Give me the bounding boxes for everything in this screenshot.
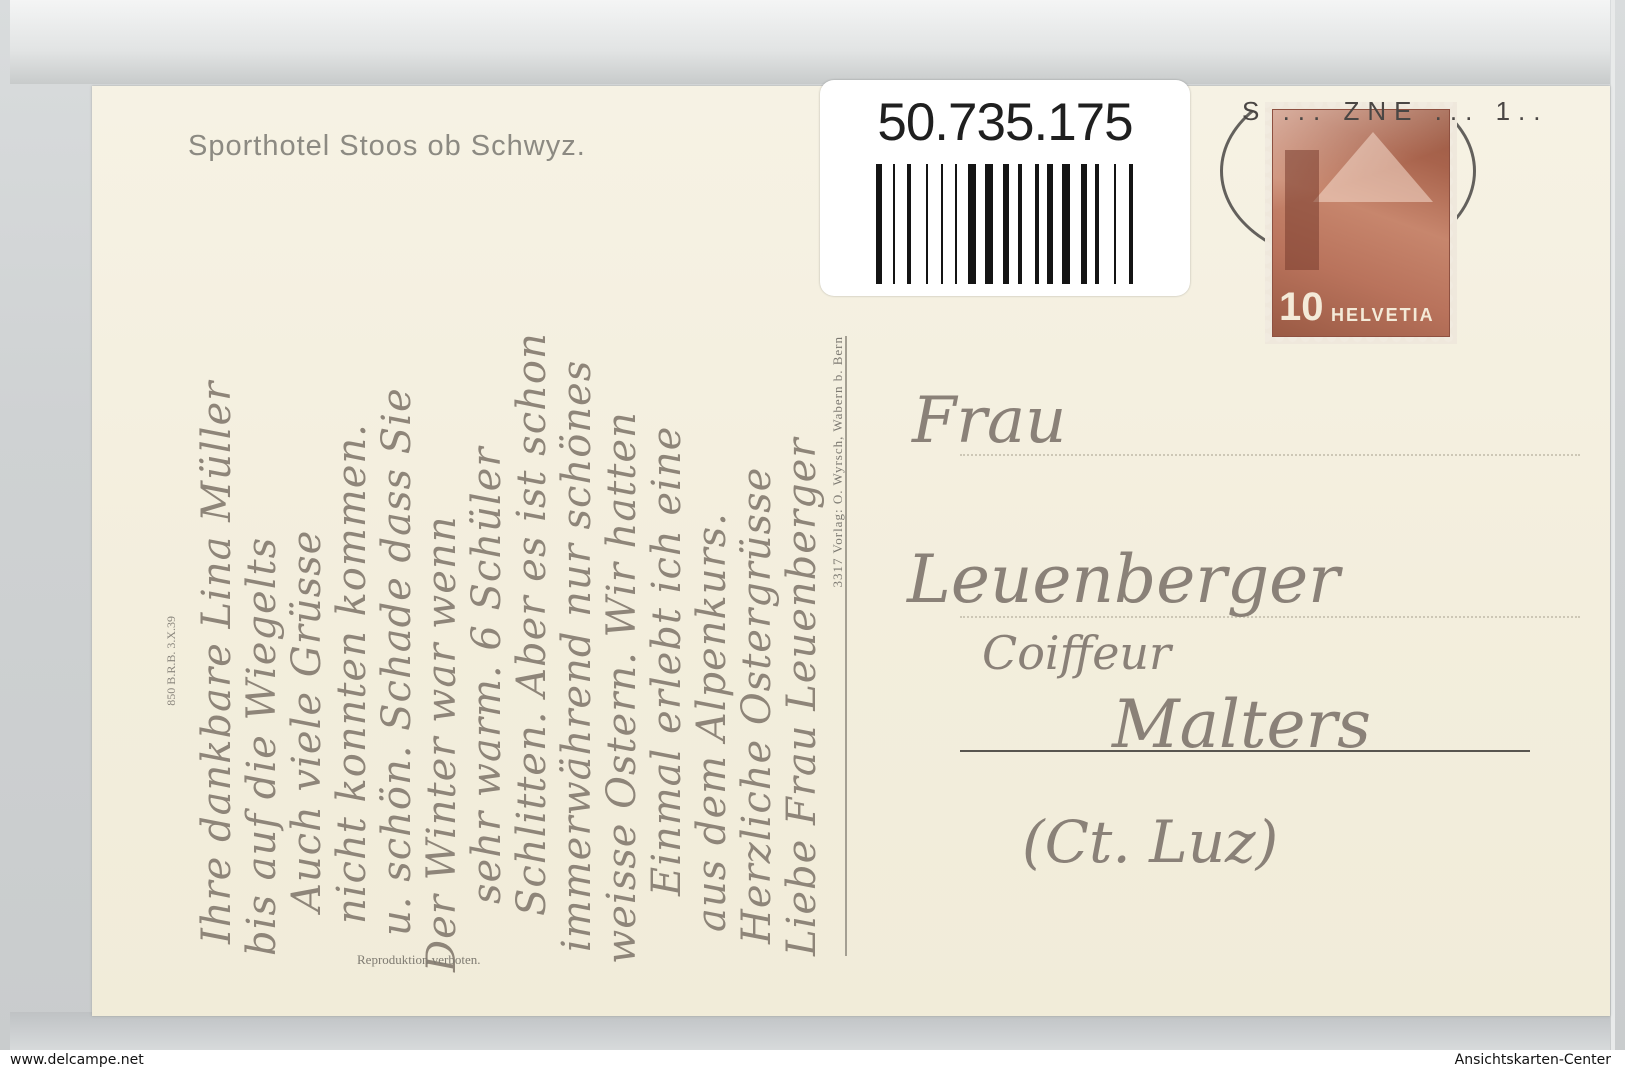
barcode-bar bbox=[1025, 164, 1031, 284]
sleeve-right-edge bbox=[1611, 0, 1615, 1050]
barcode-bar bbox=[1035, 164, 1039, 284]
address-town: Malters bbox=[1112, 686, 1371, 763]
barcode-bar bbox=[955, 164, 957, 284]
reproduction-notice: Reproduktion verboten. bbox=[357, 952, 480, 968]
barcode-bar bbox=[1003, 164, 1009, 284]
watermark-right: Ansichtskarten-Center bbox=[1455, 1052, 1611, 1068]
message-column: Herzliche Ostergrüsse bbox=[737, 164, 777, 944]
barcode-bar bbox=[1013, 164, 1015, 284]
barcode-bar bbox=[926, 164, 928, 284]
stamp-country: HELVETIA bbox=[1331, 305, 1435, 326]
message-column: Einmal erlebt ich eine bbox=[647, 156, 687, 896]
photo-approval-line: 850 B.R.B. 3.X.39 bbox=[164, 616, 179, 706]
barcode-bar bbox=[1129, 164, 1133, 284]
postage-stamp: 10 HELVETIA bbox=[1265, 102, 1457, 344]
barcode-bar bbox=[885, 164, 889, 284]
sleeve-top-edge bbox=[10, 0, 1610, 84]
barcode-bar bbox=[961, 164, 965, 284]
message-column: Der Winter war wenn bbox=[422, 172, 462, 972]
address-canton: (Ct. Luz) bbox=[1022, 808, 1278, 876]
message-column: nicht konnten kommen. bbox=[332, 164, 372, 924]
barcode-bar bbox=[968, 164, 976, 284]
barcode-bar bbox=[1114, 164, 1116, 284]
barcode-bar bbox=[979, 164, 981, 284]
message-column: Ihre dankbare Lina Müller bbox=[197, 164, 237, 944]
stamp-value: 10 bbox=[1279, 285, 1324, 330]
message-column: weisse Ostern. Wir hatten bbox=[602, 164, 642, 964]
barcode-bar bbox=[1119, 164, 1125, 284]
address-salutation: Frau bbox=[912, 384, 1066, 458]
barcode-bar bbox=[1095, 164, 1099, 284]
barcode-bar bbox=[941, 164, 943, 284]
message-column: aus dem Alpenkurs. bbox=[692, 172, 732, 932]
barcode-bar bbox=[996, 164, 1000, 284]
barcode-bar bbox=[907, 164, 911, 284]
stamp-illustration: 10 HELVETIA bbox=[1272, 109, 1450, 337]
address-occupation: Coiffeur bbox=[982, 626, 1171, 680]
barcode-bar bbox=[876, 164, 882, 284]
message-column: u. schön. Schade dass Sie bbox=[377, 156, 417, 936]
sleeve-bottom-edge bbox=[10, 1012, 1610, 1050]
barcode-bar bbox=[1018, 164, 1022, 284]
barcode-bar bbox=[1062, 164, 1070, 284]
barcode-bar bbox=[946, 164, 952, 284]
barcode-bar bbox=[1047, 164, 1053, 284]
stamp-castle-icon bbox=[1285, 150, 1319, 270]
inventory-sticker: 50.735.175 bbox=[820, 80, 1190, 296]
barcode-bar bbox=[898, 164, 904, 284]
barcode-bar bbox=[1103, 164, 1111, 284]
barcode-bar bbox=[931, 164, 937, 284]
postmark-text: S ... ZNE ... 1.. bbox=[1242, 96, 1549, 127]
message-column: Auch viele Grüsse bbox=[287, 172, 327, 912]
barcode bbox=[876, 164, 1138, 284]
message-column: Schlitten. Aber es ist schon bbox=[512, 156, 552, 916]
card-divider-line bbox=[845, 336, 847, 956]
barcode-bar bbox=[1073, 164, 1077, 284]
barcode-bar bbox=[1136, 164, 1138, 284]
barcode-bar bbox=[893, 164, 895, 284]
barcode-bar bbox=[915, 164, 923, 284]
message-column: Liebe Frau Leuenberger bbox=[782, 156, 822, 956]
barcode-bar bbox=[1057, 164, 1059, 284]
message-column: sehr warm. 6 Schüler bbox=[467, 164, 507, 904]
message-column: bis auf die Wiegelts bbox=[242, 156, 282, 956]
message-column: immerwährend nur schönes bbox=[557, 172, 597, 952]
publisher-line: 3317 Vorlag: O. Wyrsch, Wabern b. Bern bbox=[830, 336, 846, 587]
barcode-bar bbox=[985, 164, 993, 284]
barcode-bar bbox=[1090, 164, 1092, 284]
barcode-bar bbox=[1042, 164, 1044, 284]
stamp-mountain-icon bbox=[1313, 132, 1433, 202]
barcode-bar bbox=[1081, 164, 1087, 284]
watermark-left[interactable]: www.delcampe.net bbox=[10, 1052, 144, 1068]
item-number: 50.735.175 bbox=[820, 92, 1190, 153]
address-name: Leuenberger bbox=[907, 541, 1340, 618]
